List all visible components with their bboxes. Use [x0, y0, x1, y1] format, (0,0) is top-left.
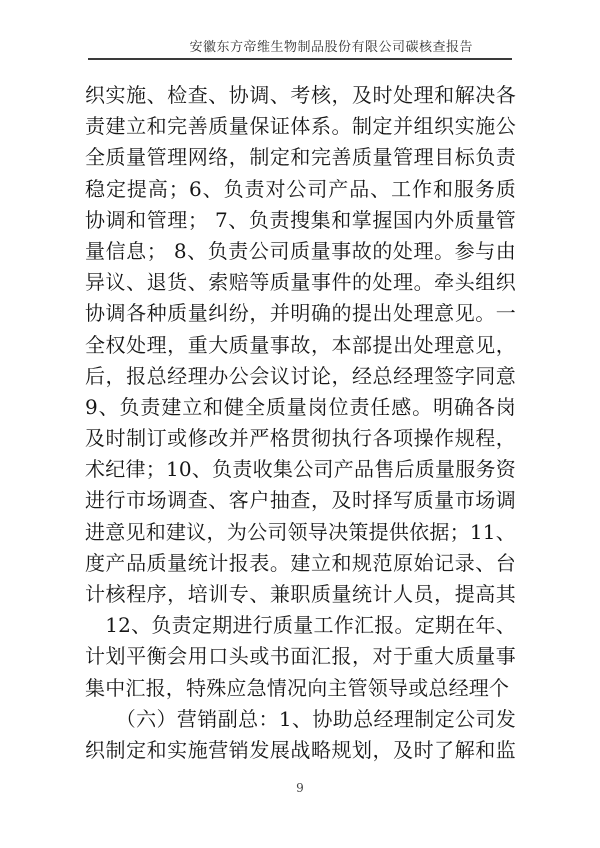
text-line: 术纪律；10、负责收集公司产品售后质量服务资料。定期或不定期的	[85, 454, 516, 485]
paragraph: 12、负责定期进行质量工作汇报。定期在年、季、月度的生产经营计划平衡会用口头或书…	[85, 610, 516, 704]
text-line: 计核程序，培训专、兼职质量统计人员，提高其业务水平和工作质量；	[85, 579, 516, 610]
text-line: 计划平衡会用口头或书面汇报，对于重大质量事故，组织专题分析会	[85, 641, 516, 672]
text-line: 12、负责定期进行质量工作汇报。定期在年、季、月度的生产经营	[85, 610, 516, 641]
text-line: 稳定提高；6、负责对公司产品、工作和服务质量进行监督、检查、	[85, 174, 516, 205]
text-line: 度产品质量统计报表。建立和规范原始记录、台账、统计报表质量统	[85, 548, 516, 579]
text-line: 后，报总经理办公会议讨论，经总经理签字同意批准后，下文处理；	[85, 361, 516, 392]
text-line: 9、负责建立和健全质量岗位责任感。明确各岗位职责、权力和义务，	[85, 392, 516, 423]
document-page: 安徽东方帝维生物制品股份有限公司碳核查报告 织实施、检查、协调、考核，及时处理和…	[0, 0, 600, 848]
text-line: 全权处理，重大质量事故，本部提出处理意见，报主管副总签署意见	[85, 330, 516, 361]
text-line: 织实施、检查、协调、考核，及时处理和解决各种质量纠纷；5、负	[85, 80, 516, 111]
text-line: （六）营销副总：1、协助总经理制定公司发展战略；2、负责组	[85, 704, 516, 735]
paragraph: （六）营销副总：1、协助总经理制定公司发展战略；2、负责组织制定和实施营销发展战…	[85, 704, 516, 766]
text-line: 进行市场调查、客户抽查，及时择写质量市场调查分析报告，提出改	[85, 485, 516, 516]
text-line: 量信息； 8、负责公司质量事故的处理。参与由于产品出玫引起质量	[85, 236, 516, 267]
header-rule	[88, 58, 512, 60]
text-line: 及时制订或修改并严格贯彻执行各项操作规程，教育员工严格遵守技	[85, 423, 516, 454]
page-footer: 9	[0, 777, 600, 796]
text-line: 进意见和建议，为公司领导决策提供依据；11、负责编制年、季、月	[85, 517, 516, 548]
header-title: 安徽东方帝维生物制品股份有限公司碳核查报告	[189, 36, 473, 55]
paragraph: 织实施、检查、协调、考核，及时处理和解决各种质量纠纷；5、负责建立和完善质量保证…	[85, 80, 516, 610]
text-line: 异议、退货、索赔等质量事件的处理。牵头组织调查、分析、仲裁、	[85, 267, 516, 298]
text-line: 协调各种质量纠纷，并明确的提出处理意见。一般质量事故，由本部	[85, 298, 516, 329]
text-line: 协调和管理； 7、负责搜集和掌握国内外质量管理先进经验，传递质	[85, 205, 516, 236]
page-number: 9	[296, 781, 304, 795]
document-body: 织实施、检查、协调、考核，及时处理和解决各种质量纠纷；5、负责建立和完善质量保证…	[85, 80, 516, 766]
text-line: 全质量管理网络，制定和完善质量管理目标负责制，确保产品质量的	[85, 142, 516, 173]
text-line: 织制定和实施营销发展战略规划，及时了解和监督营销发展战略规划	[85, 735, 516, 766]
text-line: 集中汇报，特殊应急情况向主管领导或总经理个别汇报。	[85, 673, 516, 704]
text-line: 责建立和完善质量保证体系。制定并组织实施公司质量工作纲要，健	[85, 111, 516, 142]
